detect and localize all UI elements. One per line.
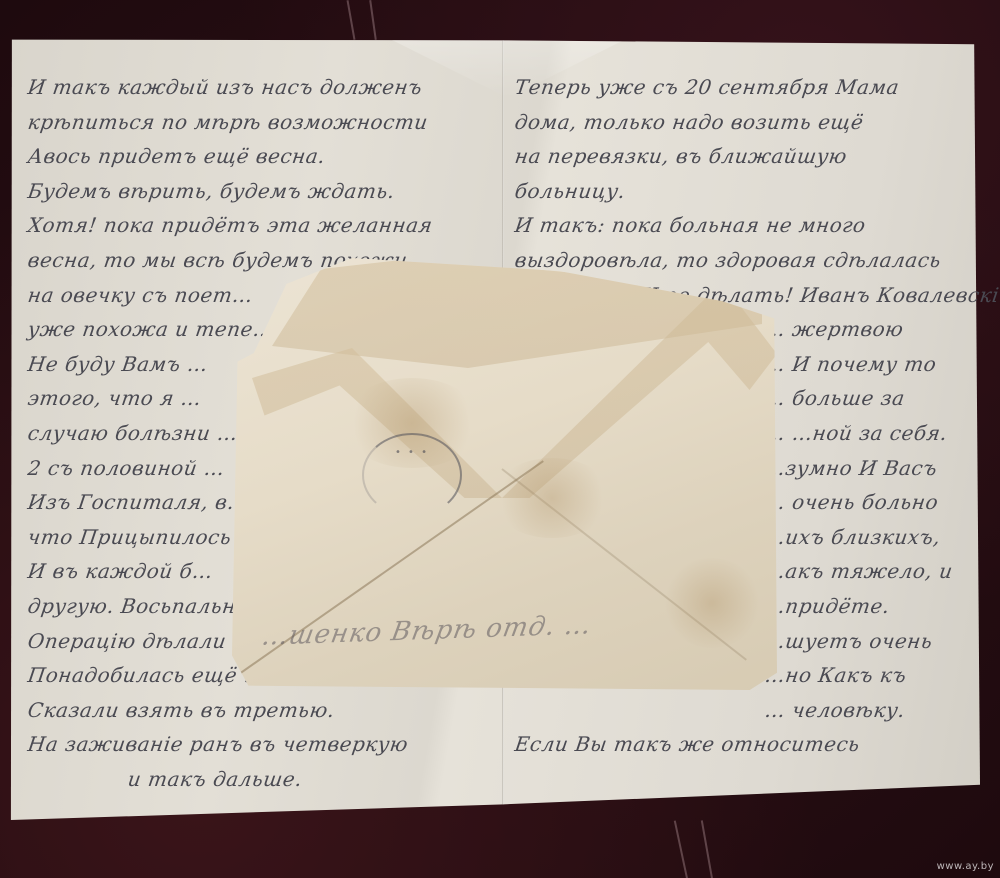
fabric-seam — [369, 0, 377, 40]
fabric-seam — [701, 820, 713, 878]
envelope-stain — [662, 558, 762, 648]
handwritten-line: Будемъ вѣрить, будемъ ждать. — [26, 174, 501, 209]
handwritten-line: больницу. — [513, 174, 978, 209]
handwritten-line: Теперь уже съ 20 сентября Мама — [513, 70, 978, 105]
handwritten-line: … человѣку. — [513, 693, 978, 728]
handwritten-line: И такъ: пока больная не много — [513, 208, 978, 243]
envelope-stain — [492, 458, 612, 538]
photo-scene: И такъ каждый изъ насъ долженъ крѣпиться… — [0, 0, 1000, 878]
fabric-seam — [674, 820, 688, 878]
handwritten-line: На заживаніе ранъ въ четверкую — [26, 727, 501, 762]
aged-envelope: • • • …шенко Вѣрѣ отд. … — [232, 258, 777, 690]
watermark: www.ay.by — [937, 861, 994, 872]
handwritten-line: Сказали взять въ третью. — [26, 693, 501, 728]
handwritten-line: дома, только надо возить ещё — [513, 105, 978, 140]
fabric-seam — [347, 0, 356, 40]
handwritten-line: на перевязки, въ ближайшую — [513, 139, 978, 174]
envelope-address: …шенко Вѣрѣ отд. … — [259, 610, 594, 652]
handwritten-line: выздоровѣла, то здоровая сдѣлалась — [513, 243, 978, 278]
handwritten-line: И такъ каждый изъ насъ долженъ — [26, 70, 501, 105]
postmark-stamp: • • • — [362, 433, 462, 517]
handwritten-line: Авось придетъ ещё весна. — [26, 139, 501, 174]
handwritten-line: Если Вы такъ же относитесь — [513, 727, 978, 762]
handwritten-line: Хотя! пока придётъ эта желанная — [26, 208, 501, 243]
handwritten-line: крѣпиться по мѣрѣ возможности — [26, 105, 501, 140]
handwritten-line: и такъ дальше. — [26, 762, 501, 797]
